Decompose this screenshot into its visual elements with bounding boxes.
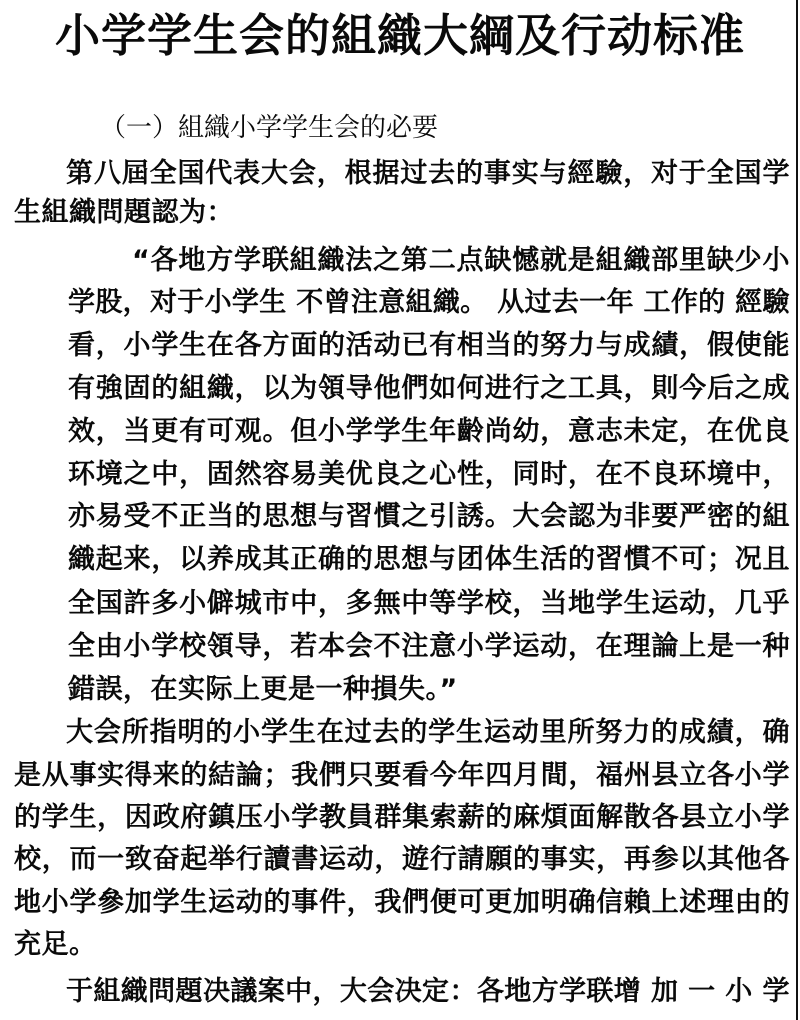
body-text-line: 全由小学校領导，若本会不注意小学运动，在理論上是一种	[68, 628, 790, 666]
body-text-line: 第八屆全国代表大会，根据过去的事实与經驗，对于全国学	[66, 155, 790, 193]
page-edge-rule	[796, 0, 798, 1020]
document-title: 小学学生会的組織大綱及行动标准	[0, 8, 800, 64]
body-text-line: 充足。	[14, 926, 97, 964]
body-text-line: 效，当更有可观。但小学学生年齡尚幼，意志未定，在优良	[68, 413, 790, 451]
body-text-line: 地小学參加学生运动的事件，我們便可更加明确信賴上述理由的	[14, 884, 790, 922]
body-text-line: 有強固的組織，以为領导他們如何进行之工具，則今后之成	[68, 370, 790, 408]
body-text-line: “各地方学联組織法之第二点缺憾就是組織部里缺少小	[132, 242, 790, 280]
body-text-line: 学股，对于小学生 不曾注意組織。 从过去一年 工作的 經驗	[68, 284, 790, 322]
body-text-line: 錯誤，在实际上更是一种損失。”	[68, 671, 458, 709]
body-text-line: 校，而一致奋起举行讀書运动，遊行請願的事实，再参以其他各	[14, 841, 790, 879]
body-text-line: 是从事实得来的結論；我們只要看今年四月間，福州县立各小学	[14, 757, 790, 795]
body-text-line: 大会所指明的小学生在过去的学生运动里所努力的成績，确	[66, 714, 790, 752]
body-text-line: 环境之中，固然容易美优良之心性，同时，在不良环境中，	[68, 456, 790, 494]
body-text-line: 于組織問題决議案中，大会决定：各地方学联增 加 一 小 学	[66, 973, 790, 1011]
scanned-document-page: 小学学生会的組織大綱及行动标准 （一）組織小学学生会的必要 第八屆全国代表大会，…	[0, 0, 800, 1020]
body-text-line: 全国許多小僻城市中，多無中等学校，当地学生运动，几乎	[68, 585, 790, 623]
body-text-line: 看，小学生在各方面的活动已有相当的努力与成績，假使能	[68, 327, 790, 365]
body-text-line: 織起来，以养成其正确的思想与团体生活的習慣不可；况且	[68, 541, 790, 579]
section-heading: （一）組織小学学生会的必要	[100, 110, 438, 146]
body-text-line: 生組織問題認为：	[14, 194, 234, 232]
body-text-line: 亦易受不正当的思想与習慣之引誘。大会認为非要严密的組	[68, 498, 790, 536]
body-text-line: 的学生，因政府鎮压小学教員群集索薪的麻煩面解散各县立小学	[14, 799, 790, 837]
